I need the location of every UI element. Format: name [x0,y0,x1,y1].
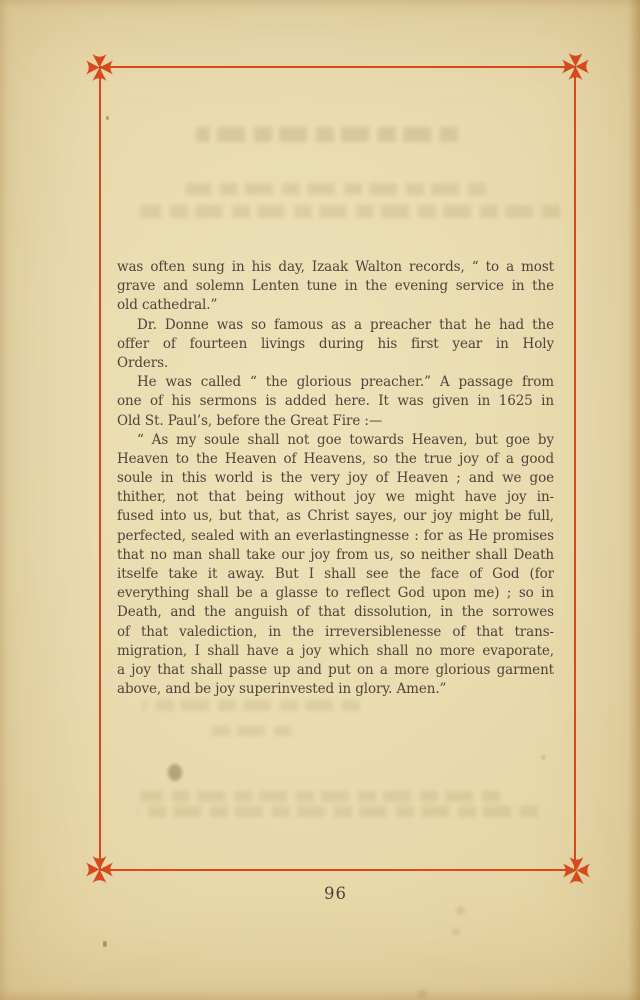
text-line: one of his sermons is added here. It was… [117,392,554,411]
maltese-cross-icon [86,856,113,883]
maltese-cross-icon [563,857,590,884]
text-line: everything shall be a glasse to reflect … [117,584,554,603]
page-number: 96 [117,884,554,903]
text-line: a joy that shall passe up and put on a m… [117,661,554,680]
text-line: Dr. Donne was so famous as a preacher th… [117,316,554,335]
text-line: soule in this world is the very joy of H… [117,469,554,488]
text-line: thither, not that being without joy we m… [117,488,554,507]
text-line: that no man shall take our joy from us, … [117,546,554,565]
paper-speck [103,941,107,947]
text-line: migration, I shall have a joy which shal… [117,642,554,661]
text-line: was often sung in his day, Izaak Walton … [117,258,554,277]
text-line: Death, and the anguish of that dissoluti… [117,603,554,622]
text-line: fused into us, but that, as Christ sayes… [117,507,554,526]
text-line: of that valediction, in the irreversible… [117,623,554,642]
text-line: “ As my soule shall not goe towards Heav… [117,431,554,450]
text-line: grave and solemn Lenten tune in the even… [117,277,554,296]
paper-stain [417,990,427,998]
text-line: old cathedral.” [117,296,554,315]
paper-stain [456,906,465,915]
text-line: itselfe take it away. But I shall see th… [117,565,554,584]
text-line: above, and be joy superinvested in glory… [117,680,554,699]
text-line: Orders. [117,354,554,373]
text-line: He was called “ the glorious preacher.” … [117,373,554,392]
scanned-book-page: was often sung in his day, Izaak Walton … [0,0,640,1000]
text-line: perfected, sealed with an everlastingnes… [117,527,554,546]
paper-stain [452,928,460,936]
text-line: Old St. Paul’s, before the Great Fire :— [117,412,554,431]
text-block: was often sung in his day, Izaak Walton … [117,258,554,699]
maltese-cross-icon [562,53,589,80]
text-line: Heaven to the Heaven of Heavens, so the … [117,450,554,469]
text-line: offer of fourteen livings during his fir… [117,335,554,354]
maltese-cross-icon [86,54,113,81]
